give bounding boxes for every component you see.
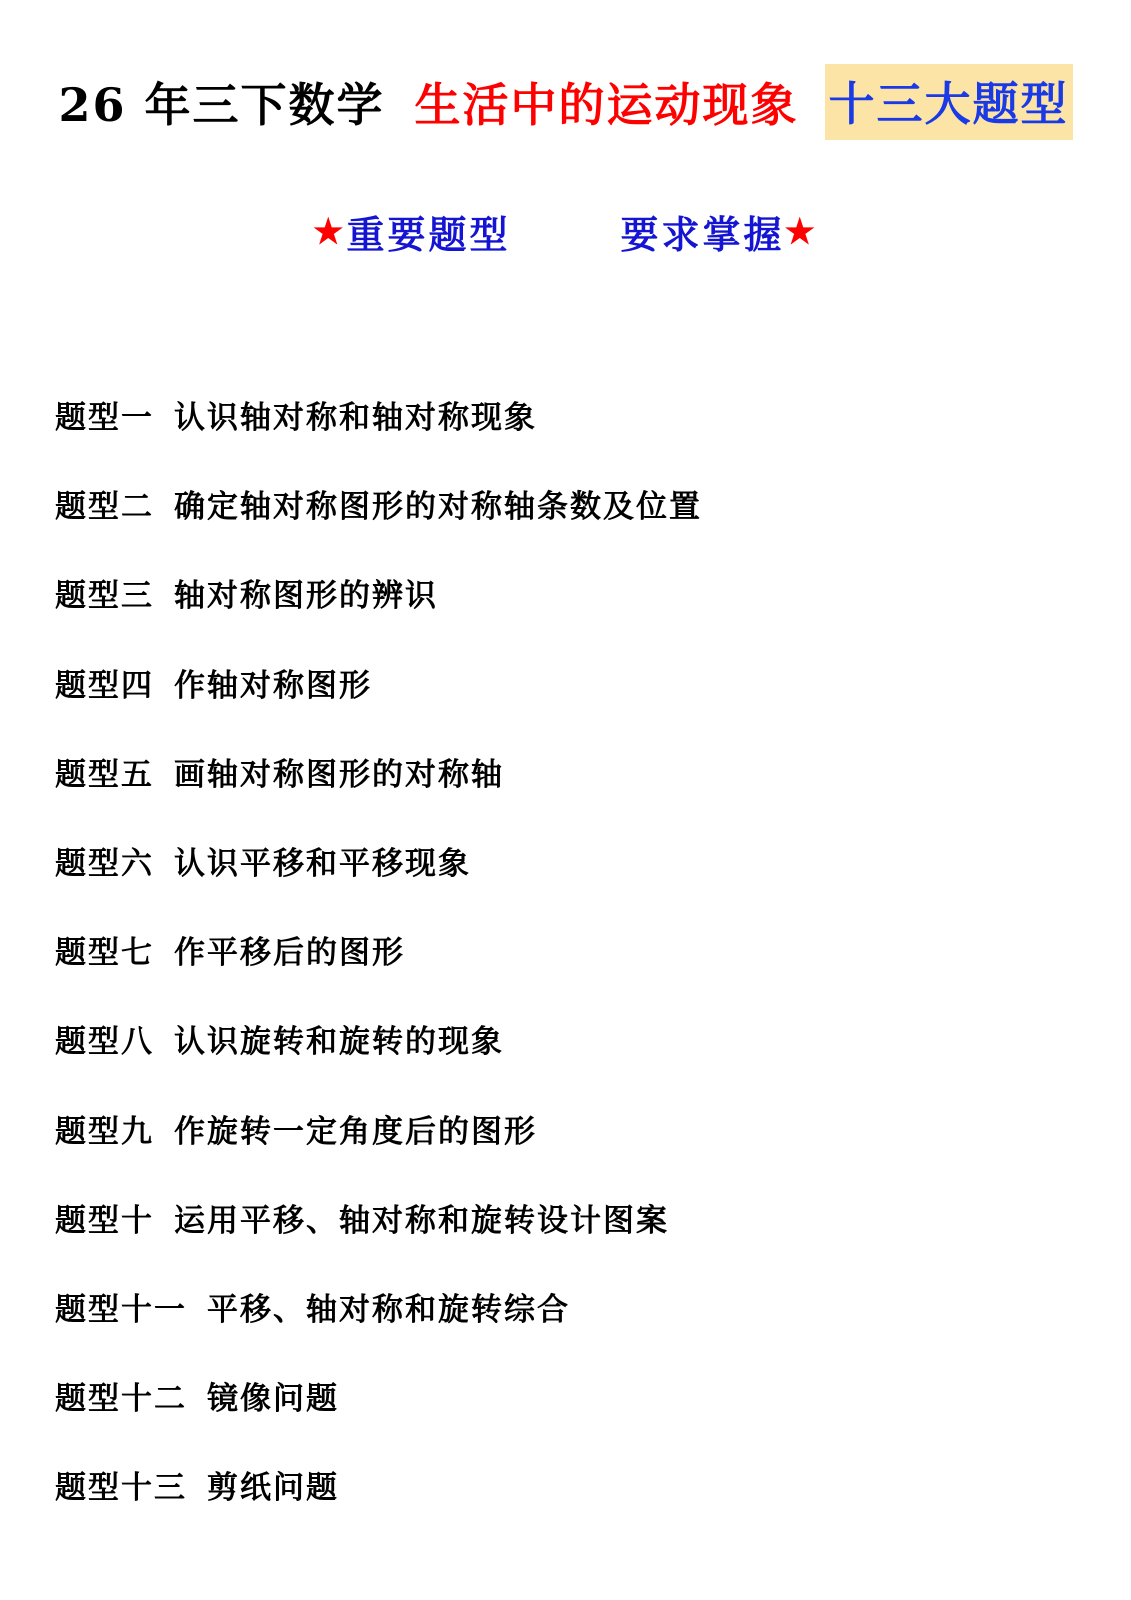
question-type-label: 题型十二 xyxy=(55,1381,187,1417)
list-item: 题型十一平移、轴对称和旋转综合 xyxy=(55,1292,702,1381)
question-type-label: 题型十一 xyxy=(55,1292,187,1328)
list-item: 题型九作旋转一定角度后的图形 xyxy=(55,1114,702,1203)
subtitle-banner: ★ 重要题型 要求掌握 ★ xyxy=(0,204,1131,259)
question-type-label: 题型二 xyxy=(55,489,154,525)
question-type-text: 认识旋转和旋转的现象 xyxy=(174,1024,504,1060)
question-type-text: 认识平移和平移现象 xyxy=(174,846,471,882)
list-item: 题型十三剪纸问题 xyxy=(55,1470,702,1559)
question-type-text: 平移、轴对称和旋转综合 xyxy=(207,1292,570,1328)
title-topic: 生活中的运动现象 xyxy=(415,69,799,135)
question-type-label: 题型十三 xyxy=(55,1470,187,1506)
question-type-text: 运用平移、轴对称和旋转设计图案 xyxy=(174,1203,669,1239)
list-item: 题型二确定轴对称图形的对称轴条数及位置 xyxy=(55,489,702,578)
star-icon-left: ★ xyxy=(313,212,346,252)
question-type-label: 题型九 xyxy=(55,1114,154,1150)
question-type-label: 题型一 xyxy=(55,400,154,436)
question-type-text: 镜像问题 xyxy=(207,1381,339,1417)
list-item: 题型八认识旋转和旋转的现象 xyxy=(55,1024,702,1113)
question-type-text: 剪纸问题 xyxy=(207,1470,339,1506)
list-item: 题型一认识轴对称和轴对称现象 xyxy=(55,400,702,489)
question-type-label: 题型五 xyxy=(55,757,154,793)
subtitle-left-text: 重要题型 xyxy=(346,204,510,259)
question-type-label: 题型八 xyxy=(55,1024,154,1060)
list-item: 题型三轴对称图形的辨识 xyxy=(55,578,702,667)
list-item: 题型五画轴对称图形的对称轴 xyxy=(55,757,702,846)
question-type-text: 作旋转一定角度后的图形 xyxy=(174,1114,537,1150)
question-type-text: 画轴对称图形的对称轴 xyxy=(174,757,504,793)
question-type-label: 题型六 xyxy=(55,846,154,882)
title-highlight-badge: 十三大题型 xyxy=(825,64,1073,140)
question-type-list: 题型一认识轴对称和轴对称现象 题型二确定轴对称图形的对称轴条数及位置 题型三轴对… xyxy=(55,400,702,1559)
list-item: 题型七作平移后的图形 xyxy=(55,935,702,1024)
question-type-label: 题型七 xyxy=(55,935,154,971)
list-item: 题型六认识平移和平移现象 xyxy=(55,846,702,935)
question-type-label: 题型三 xyxy=(55,578,154,614)
title-grade-subject: 26 年三下数学 xyxy=(58,69,384,135)
list-item: 题型十运用平移、轴对称和旋转设计图案 xyxy=(55,1203,702,1292)
question-type-text: 作平移后的图形 xyxy=(174,935,405,971)
list-item: 题型四作轴对称图形 xyxy=(55,668,702,757)
question-type-text: 确定轴对称图形的对称轴条数及位置 xyxy=(174,489,702,525)
question-type-label: 题型十 xyxy=(55,1203,154,1239)
question-type-text: 作轴对称图形 xyxy=(174,668,372,704)
question-type-text: 轴对称图形的辨识 xyxy=(174,578,438,614)
question-type-text: 认识轴对称和轴对称现象 xyxy=(174,400,537,436)
page-title: 26 年三下数学 生活中的运动现象 十三大题型 xyxy=(0,64,1131,140)
star-icon-right: ★ xyxy=(785,212,818,252)
subtitle-right-text: 要求掌握 xyxy=(621,204,785,259)
question-type-label: 题型四 xyxy=(55,668,154,704)
list-item: 题型十二镜像问题 xyxy=(55,1381,702,1470)
